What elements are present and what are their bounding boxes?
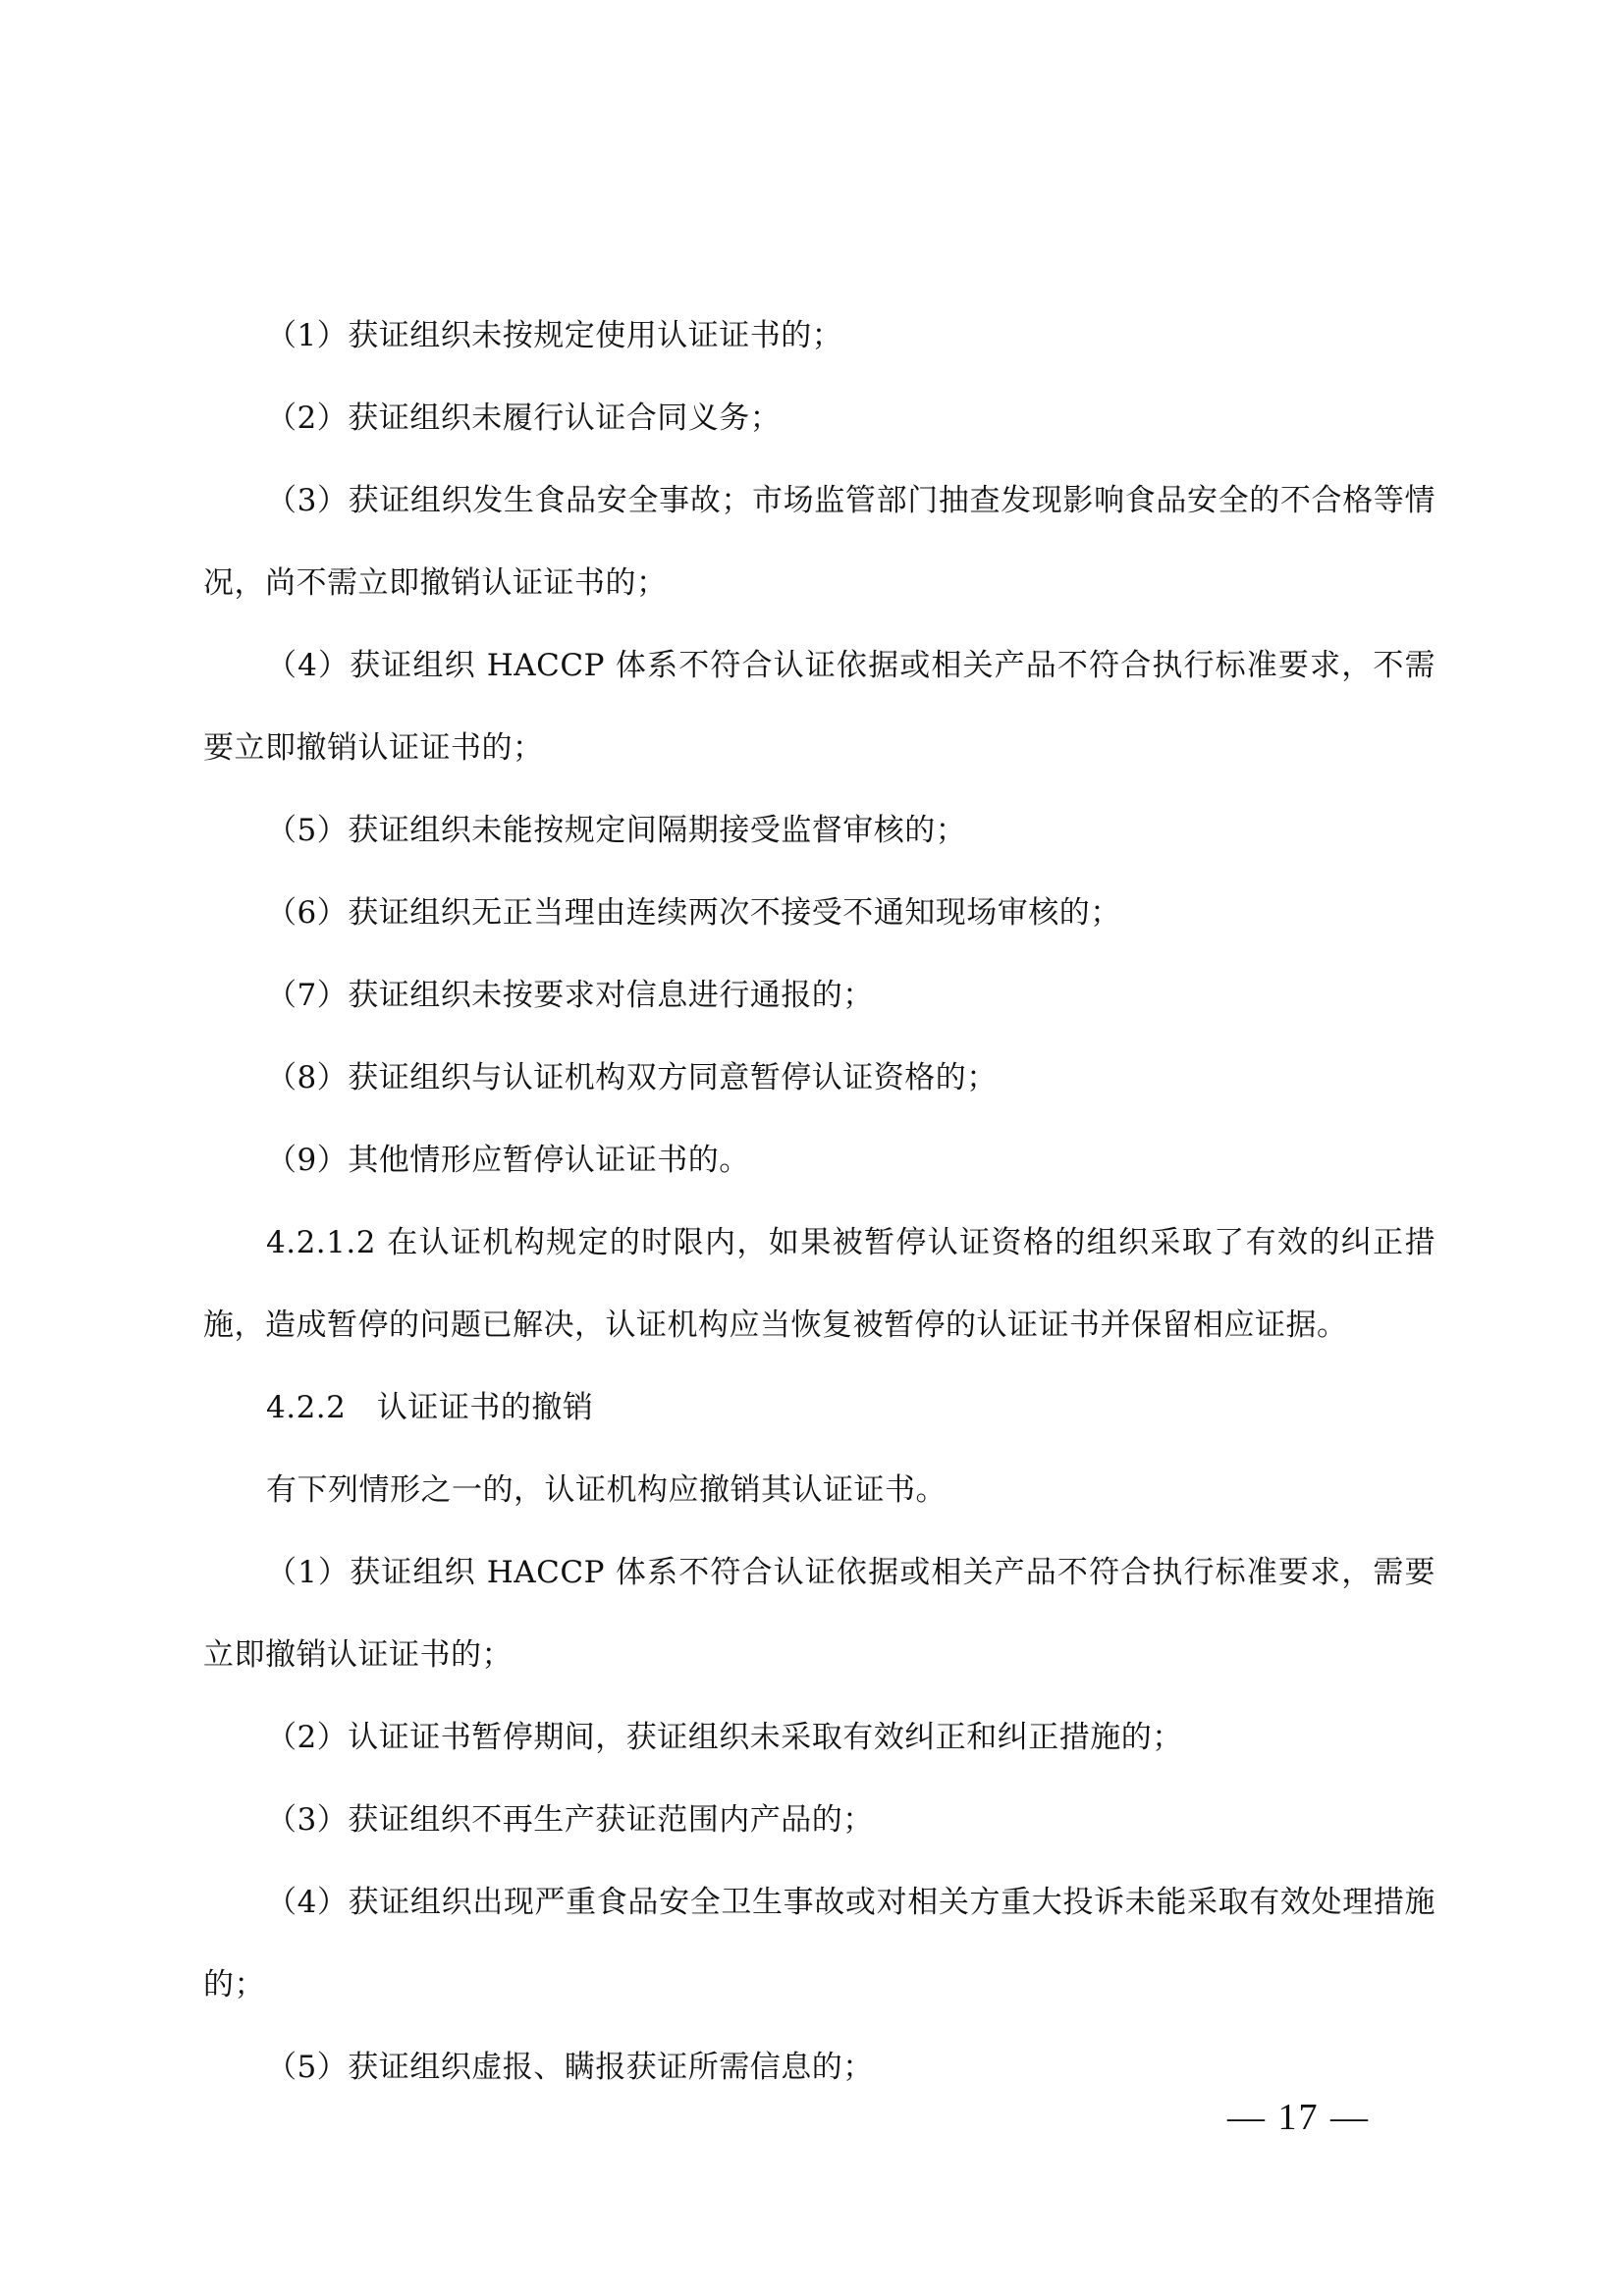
suspension-item-3: （3）获证组织发生食品安全事故；市场监管部门抽查发现影响食品安全的不合格等情况，… [203, 459, 1435, 624]
section-heading-4-2-2: 4.2.2 认证证书的撤销 [203, 1366, 1435, 1449]
revocation-item-2: （2）认证证书暂停期间，获证组织未采取有效纠正和纠正措施的； [203, 1696, 1435, 1779]
suspension-item-6: （6）获证组织无正当理由连续两次不接受不通知现场审核的； [203, 872, 1435, 954]
suspension-item-5: （5）获证组织未能按规定间隔期接受监督审核的； [203, 789, 1435, 872]
suspension-item-1: （1）获证组织未按规定使用认证证书的； [203, 294, 1435, 377]
suspension-item-9: （9）其他情形应暂停认证证书的。 [203, 1119, 1435, 1201]
suspension-item-7: （7）获证组织未按要求对信息进行通报的； [203, 954, 1435, 1037]
revocation-intro: 有下列情形之一的，认证机构应撤销其认证证书。 [203, 1449, 1435, 1531]
suspension-item-4: （4）获证组织 HACCP 体系不符合认证依据或相关产品不符合执行标准要求，不需… [203, 624, 1435, 789]
document-page: （1）获证组织未按规定使用认证证书的； （2）获证组织未履行认证合同义务； （3… [203, 294, 1435, 2109]
clause-4-2-1-2: 4.2.1.2 在认证机构规定的时限内，如果被暂停认证资格的组织采取了有效的纠正… [203, 1201, 1435, 1366]
page-number: — 17 — [1227, 2096, 1370, 2139]
suspension-item-8: （8）获证组织与认证机构双方同意暂停认证资格的； [203, 1037, 1435, 1119]
revocation-item-4: （4）获证组织出现严重食品安全卫生事故或对相关方重大投诉未能采取有效处理措施的； [203, 1861, 1435, 2026]
suspension-item-2: （2）获证组织未履行认证合同义务； [203, 377, 1435, 459]
revocation-item-1: （1）获证组织 HACCP 体系不符合认证依据或相关产品不符合执行标准要求，需要… [203, 1531, 1435, 1696]
revocation-item-3: （3）获证组织不再生产获证范围内产品的； [203, 1779, 1435, 1861]
